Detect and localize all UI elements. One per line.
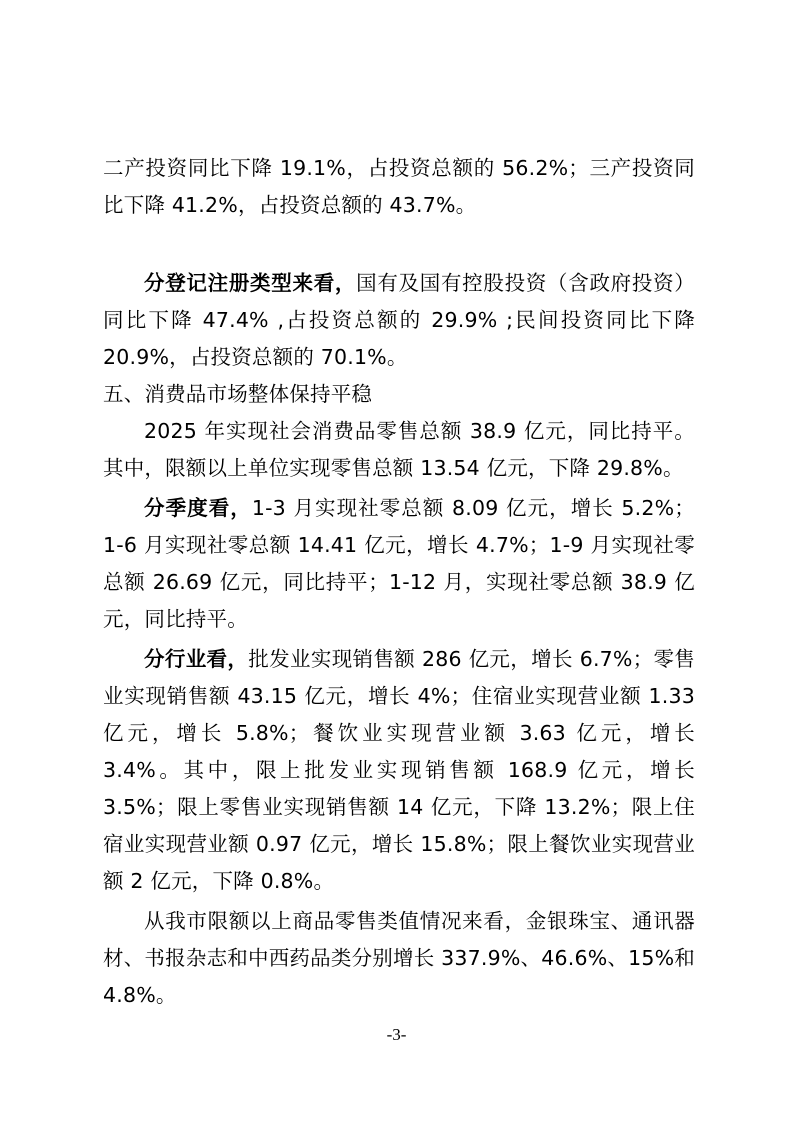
section-heading-5: 五、消费品市场整体保持平稳 — [103, 376, 695, 413]
paragraph-lead-bold: 分行业看， — [144, 647, 248, 671]
paragraph-by-industry: 分行业看，批发业实现销售额 286 亿元，增长 6.7%；零售业实现销售额 43… — [103, 641, 695, 900]
page-number: -3- — [0, 1025, 793, 1045]
document-page: 二产投资同比下降 19.1%，占投资总额的 56.2%；三产投资同比下降 41.… — [0, 0, 793, 1122]
paragraph-text: 2025 年实现社会消费品零售总额 38.9 亿元，同比持平。其中，限额以上单位… — [103, 419, 695, 480]
paragraph-commodity-categories: 从我市限额以上商品零售类值情况来看，金银珠宝、通讯器材、书报杂志和中西药品类分别… — [103, 903, 695, 1014]
paragraph-by-quarter: 分季度看，1-3 月实现社零总额 8.09 亿元，增长 5.2%；1-6 月实现… — [103, 490, 695, 638]
paragraph-industry-investment: 二产投资同比下降 19.1%，占投资总额的 56.2%；三产投资同比下降 41.… — [103, 150, 695, 224]
paragraph-text: 从我市限额以上商品零售类值情况来看，金银珠宝、通讯器材、书报杂志和中西药品类分别… — [103, 909, 695, 1007]
paragraph-lead-bold: 分季度看， — [144, 496, 252, 520]
paragraph-text: 批发业实现销售额 286 亿元，增长 6.7%；零售业实现销售额 43.15 亿… — [103, 647, 695, 893]
paragraph-lead-bold: 分登记注册类型来看， — [144, 271, 356, 295]
paragraph-text: 二产投资同比下降 19.1%，占投资总额的 56.2%；三产投资同比下降 41.… — [103, 156, 695, 217]
paragraph-retail-total: 2025 年实现社会消费品零售总额 38.9 亿元，同比持平。其中，限额以上单位… — [103, 413, 695, 487]
paragraph-registration-type: 分登记注册类型来看，国有及国有控股投资（含政府投资）同比下降 47.4% ,占投… — [103, 265, 695, 376]
document-body: 二产投资同比下降 19.1%，占投资总额的 56.2%；三产投资同比下降 41.… — [103, 150, 695, 1014]
heading-text: 五、消费品市场整体保持平稳 — [103, 382, 372, 406]
